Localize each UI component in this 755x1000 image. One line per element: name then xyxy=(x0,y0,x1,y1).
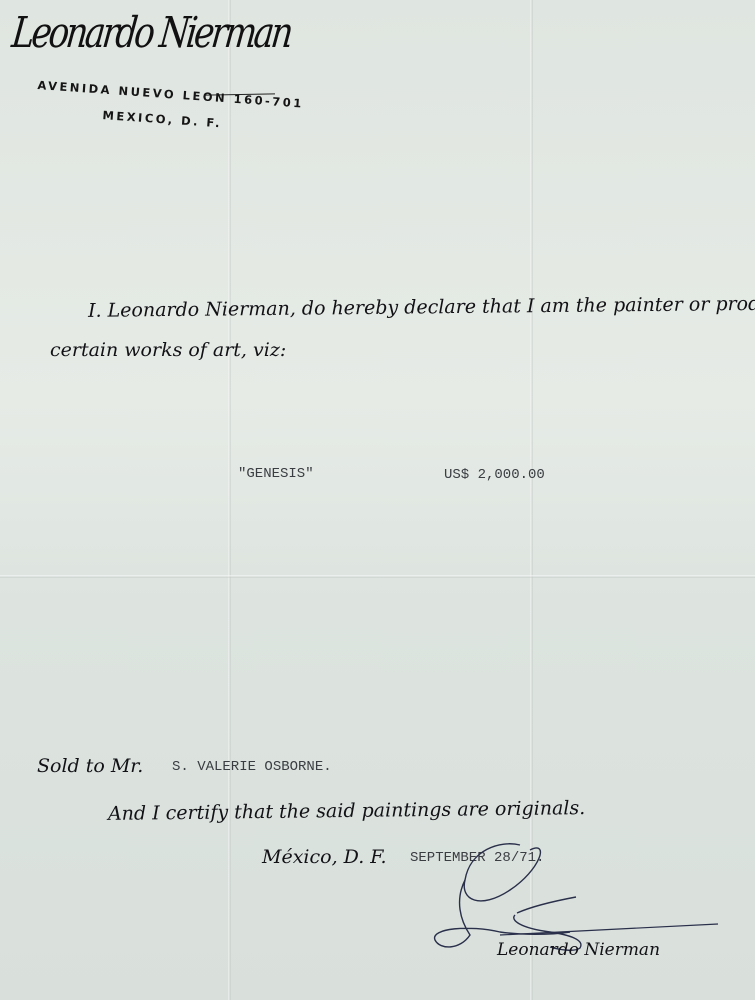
sold-to-label: Sold to Mr. xyxy=(37,755,143,777)
signer-printed-name: Leonardo Nierman xyxy=(497,940,660,960)
fold-line-horizontal xyxy=(0,575,755,578)
letterhead-address-line2: MEXICO, D. F. xyxy=(102,108,222,130)
fold-line-vertical-left xyxy=(228,0,231,1000)
declaration-line2: certain works of art, viz: xyxy=(50,339,286,361)
letterhead-address-line1: AVENIDA NUEVO LEON 160-701 xyxy=(37,78,304,111)
artwork-title: "GENESIS" xyxy=(238,466,314,482)
declaration-line1: I. Leonardo Nierman, do hereby declare t… xyxy=(88,292,755,322)
artwork-price: US$ 2,000.00 xyxy=(444,467,545,483)
dateline-place: México, D. F. xyxy=(262,846,387,868)
buyer-name: S. VALERIE OSBORNE. xyxy=(172,759,332,775)
certification-statement: And I certify that the said paintings ar… xyxy=(108,797,585,825)
letterhead-signature: Leonardo Nierman xyxy=(9,8,293,58)
